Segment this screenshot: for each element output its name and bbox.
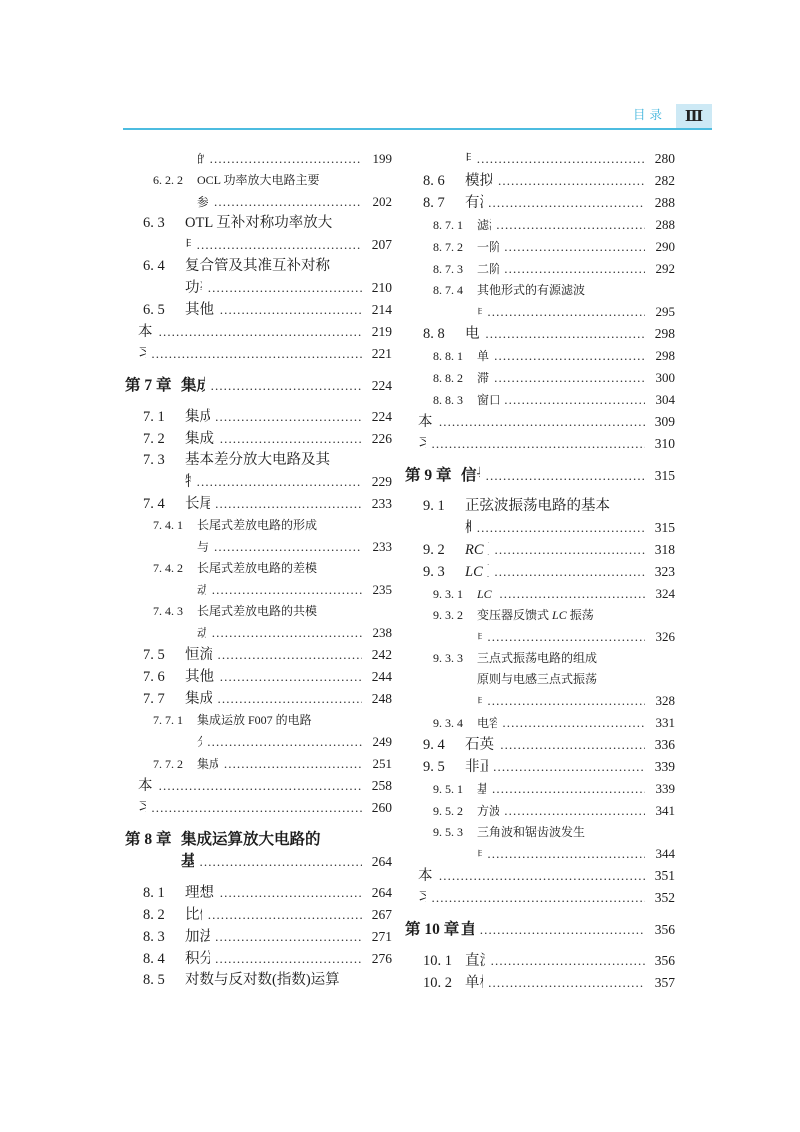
toc-entry-line: 电路……………………………………………………………………………………………………… [405, 301, 675, 323]
entry-page-number: 219 [362, 321, 392, 342]
toc-entry: 6. 4复合管及其准互补对称功率放大电路……………………………………………………… [125, 256, 392, 299]
toc-header: 目录 Ⅲ [123, 104, 712, 130]
toc-entry: 9. 3. 3三点式振荡电路的组成原则与电感三点式振荡电路……………………………… [405, 648, 675, 712]
toc-entry: 7. 4. 1长尾式差放电路的形成与静态分析………………………………………………… [125, 515, 392, 558]
toc-entry: 第 7 章集成运算放大电路………………………………………………………………………… [125, 375, 392, 397]
entry-title: 单限比较器 [477, 346, 489, 367]
dot-leader: …………………………………………………………………………………………………………… [479, 919, 645, 941]
entry-title: RC 正弦波振荡电路 [465, 540, 489, 561]
entry-page-number: 242 [362, 644, 392, 665]
toc-entry: 7. 6其他类型的差分放大电路…………………………………………………………………… [125, 666, 392, 688]
toc-entry-line: 第 7 章集成运算放大电路………………………………………………………………………… [125, 375, 392, 397]
entry-page-number: 235 [362, 579, 392, 600]
entry-page-number: 336 [645, 734, 675, 755]
toc-entry-line: 9. 3. 2变压器反馈式 LC 振荡 [405, 605, 675, 626]
entry-number: 9. 2 [423, 540, 465, 561]
entry-number: 6. 3 [143, 213, 185, 234]
entry-title: 电路 [477, 302, 482, 323]
entry-title: 集成电路中的电流源电路 [185, 429, 214, 450]
entry-number: 第 10 章 [405, 919, 461, 941]
entry-number: 6. 5 [143, 300, 185, 321]
dot-leader: …………………………………………………………………………………………………………… [438, 865, 645, 886]
toc-entry-line: 8. 8. 1单限比较器…………………………………………………………………………… [405, 345, 675, 367]
toc-entry: 电路……………………………………………………………………………………………………… [405, 148, 675, 170]
entry-title: 长尾式差放电路的差模 [197, 558, 317, 579]
toc-entry-line: 原则与电感三点式振荡 [405, 669, 675, 690]
entry-number: 9. 5. 3 [433, 822, 477, 843]
toc-entry-line: 9. 1正弦波振荡电路的基本 [405, 496, 675, 517]
entry-title: 长尾式差分放大电路 [185, 494, 210, 515]
toc-entry: 7. 3基本差分放大电路及其特性………………………………………………………………… [125, 450, 392, 493]
entry-page-number: 304 [645, 389, 675, 410]
toc-entry-line: 8. 5对数与反对数(指数)运算 [125, 970, 392, 991]
entry-title: 本章小结 [138, 322, 153, 343]
entry-number: 9. 4 [423, 735, 465, 756]
entry-title: 电路 [465, 149, 471, 170]
toc-entry-line: 9. 5. 3三角波和锯齿波发生 [405, 822, 675, 843]
entry-number: 9. 3. 4 [433, 713, 477, 734]
entry-number: 8. 6 [423, 171, 465, 192]
entry-number: 7. 5 [143, 645, 185, 666]
toc-entry: 7. 7. 2集成运放的特性与选用……………………………………………………………… [125, 753, 392, 775]
entry-title: 本章小结 [418, 412, 433, 433]
entry-title: 电压比较器 [465, 324, 480, 345]
entry-page-number: 352 [645, 887, 675, 908]
entry-number: 8. 8 [423, 324, 465, 345]
entry-page-number: 238 [362, 622, 392, 643]
toc-entry: 9. 3. 4电容三点式振荡电路………………………………………………………………… [405, 712, 675, 734]
entry-page-number: 224 [362, 375, 392, 397]
entry-number: 8. 3 [143, 927, 185, 948]
toc-entry: 7. 4. 2长尾式差放电路的差模动态分析…………………………………………………… [125, 558, 392, 601]
dot-leader: …………………………………………………………………………………………………………… [196, 471, 362, 492]
toc-entry-line: 10. 1直流电源的组成…………………………………………………………………………… [405, 950, 675, 972]
entry-page-number: 290 [645, 236, 675, 257]
toc-entry-line: 6. 5其他类型的功率放大电路…………………………………………………………………… [125, 299, 392, 321]
entry-title: 其他形式的有源滤波 [477, 280, 585, 301]
entry-page-number: 356 [645, 919, 675, 941]
toc-entry: 6. 5其他类型的功率放大电路…………………………………………………………………… [125, 299, 392, 321]
entry-number: 7. 3 [143, 450, 185, 471]
entry-page-number: 224 [362, 406, 392, 427]
entry-number: 第 8 章 [125, 829, 181, 851]
dot-leader: …………………………………………………………………………………………………………… [219, 428, 362, 449]
toc-entry-line: 第 9 章信号发生电路……………………………………………………………………………… [405, 465, 675, 487]
entry-title: 信号发生电路 [461, 465, 480, 487]
entry-title: 一阶低通有源滤波电路 [477, 237, 499, 258]
dot-leader: …………………………………………………………………………………………………………… [213, 536, 362, 557]
dot-leader: …………………………………………………………………………………………………………… [217, 688, 362, 709]
toc-entry-line: 7. 7集成运算放大电路简介……………………………………………………………………… [125, 688, 392, 710]
dot-leader: …………………………………………………………………………………………………………… [493, 756, 645, 777]
dot-leader: …………………………………………………………………………………………………………… [196, 234, 362, 255]
toc-entry-line: 9. 3LC 正弦波振荡电路……………………………………………………………………… [405, 561, 675, 583]
dot-leader: …………………………………………………………………………………………………………… [491, 778, 645, 799]
toc-entry: 7. 5恒流源式差分放大电路……………………………………………………………………… [125, 644, 392, 666]
dot-leader: …………………………………………………………………………………………………………… [211, 579, 362, 600]
toc-entry: 8. 7. 4其他形式的有源滤波电路…………………………………………………………… [405, 280, 675, 323]
entry-page-number: 221 [362, 343, 392, 364]
entry-number: 9. 5. 2 [433, 801, 477, 822]
dot-leader: …………………………………………………………………………………………………………… [431, 887, 645, 908]
entry-page-number: 326 [645, 626, 675, 647]
toc-entry-line: 功率放大电路…………………………………………………………………………………………… [125, 277, 392, 299]
entry-number: 7. 7. 1 [153, 710, 197, 731]
dot-leader: …………………………………………………………………………………………………………… [219, 882, 362, 903]
toc-entry-line: 9. 3. 4电容三点式振荡电路………………………………………………………………… [405, 712, 675, 734]
toc-entry-line: 6. 2. 2OCL 功率放大电路主要 [125, 170, 392, 191]
entry-page-number: 233 [362, 536, 392, 557]
entry-number: 9. 3. 2 [433, 605, 477, 626]
entry-title: 石英晶体正弦波振荡电路 [465, 735, 495, 756]
toc-header-label: 目录 [633, 105, 666, 123]
entry-title: 电路 [477, 691, 482, 712]
entry-page-number: 324 [645, 583, 675, 604]
toc-entry: 本章小结………………………………………………………………………………………………… [405, 865, 675, 887]
toc-entry-line: 动态分析………………………………………………………………………………………………… [125, 579, 392, 601]
toc-entry-line: 电路……………………………………………………………………………………………………… [405, 690, 675, 712]
entry-title: 正弦波振荡电路的基本 [465, 496, 610, 517]
entry-page-number: 251 [362, 753, 392, 774]
toc-entry: 8. 6模拟乘法电路及其应用……………………………………………………………………… [405, 170, 675, 192]
entry-number: 9. 1 [423, 496, 465, 517]
entry-page-number: 298 [645, 345, 675, 366]
toc-entry: 9. 5. 2方波和矩形波发生电路……………………………………………………………… [405, 800, 675, 822]
entry-title: 模拟乘法电路及其应用 [465, 171, 492, 192]
toc-entry-line: 7. 7. 1集成运放 F007 的电路 [125, 710, 392, 731]
entry-title: 滞回比较器 [477, 368, 489, 389]
entry-page-number: 258 [362, 775, 392, 796]
entry-number: 7. 4. 1 [153, 515, 197, 536]
toc-entry-line: 8. 2比例运算电路………………………………………………………………………………… [125, 904, 392, 926]
entry-title: 非正弦波发生电路 [465, 757, 488, 778]
toc-entry-line: 8. 1理想集成运放的分析方法…………………………………………………………………… [125, 882, 392, 904]
toc-entry: 8. 8. 1单限比较器…………………………………………………………………………… [405, 345, 675, 367]
entry-title: LC 正弦波振荡电路 [465, 562, 489, 583]
dot-leader: …………………………………………………………………………………………………………… [497, 170, 645, 191]
toc-entry: 8. 3加法与减法运算电路………………………………………………………………………… [125, 926, 392, 948]
book-page: 目录 Ⅲ 的形成……………………………………………………………………………………… [0, 0, 800, 1132]
toc-entry: 8. 7. 1滤波电路概述………………………………………………………………………… [405, 214, 675, 236]
toc-entry-line: 本章小结………………………………………………………………………………………………… [405, 411, 675, 433]
entry-page-number: 233 [362, 493, 392, 514]
entry-number: 6. 4 [143, 256, 185, 277]
toc-entry-line: 9. 3. 3三点式振荡电路的组成 [405, 648, 675, 669]
toc-entry: 8. 4积分与微分运算电路………………………………………………………………………… [125, 948, 392, 970]
dot-leader: …………………………………………………………………………………………………………… [485, 323, 645, 344]
entry-page-number: 282 [645, 170, 675, 191]
entry-page-number: 351 [645, 865, 675, 886]
entry-title: 电容三点式振荡电路 [477, 713, 497, 734]
entry-page-number: 207 [362, 234, 392, 255]
toc-entry: 9. 3. 1LC 并联谐振回路………………………………………………………………… [405, 583, 675, 605]
toc-entry: 7. 1集成运放的电路特点………………………………………………………………………… [125, 406, 392, 428]
entry-title: 单相整流电路 [465, 973, 483, 994]
toc-entry: 8. 8. 2滞回比较器…………………………………………………………………………… [405, 367, 675, 389]
toc-entry-line: 习题……………………………………………………………………………………………………… [405, 887, 675, 909]
entry-title: 长尾式差放电路的共模 [197, 601, 317, 622]
entry-number: 9. 5. 1 [433, 779, 477, 800]
dot-leader: …………………………………………………………………………………………………………… [485, 465, 645, 487]
toc-entry: 第 8 章集成运算放大电路的基本应用…………………………………………………………… [125, 829, 392, 873]
entry-number: 第 9 章 [405, 465, 461, 487]
entry-number: 7. 2 [143, 429, 185, 450]
entry-page-number: 310 [645, 433, 675, 454]
entry-title: 动态分析 [197, 580, 206, 601]
toc-entry-line: 7. 6其他类型的差分放大电路…………………………………………………………………… [125, 666, 392, 688]
entry-page-number: 280 [645, 148, 675, 169]
dot-leader: …………………………………………………………………………………………………………… [502, 712, 645, 733]
toc-entry-line: 8. 8电压比较器…………………………………………………………………………………… [405, 323, 675, 345]
toc-entry-line: 7. 5恒流源式差分放大电路……………………………………………………………………… [125, 644, 392, 666]
entry-title: 习题 [418, 888, 426, 909]
entry-number: 8. 8. 3 [433, 390, 477, 411]
entry-page-number: 357 [645, 972, 675, 993]
toc-entry: 8. 8电压比较器…………………………………………………………………………………… [405, 323, 675, 345]
toc-entry-line: 习题……………………………………………………………………………………………………… [125, 797, 392, 819]
dot-leader: …………………………………………………………………………………………………………… [207, 904, 362, 925]
dot-leader: …………………………………………………………………………………………………………… [476, 148, 645, 169]
entry-page-number: 248 [362, 688, 392, 709]
entry-title: 习题 [418, 434, 426, 455]
entry-page-number: 339 [645, 756, 675, 777]
toc-entry: 7. 4长尾式差分放大电路………………………………………………………………………… [125, 493, 392, 515]
toc-entry: 9. 4石英晶体正弦波振荡电路…………………………………………………………………… [405, 734, 675, 756]
entry-number: 8. 1 [143, 883, 185, 904]
dot-leader: …………………………………………………………………………………………………………… [223, 753, 362, 774]
entry-title: 加法与减法运算电路 [185, 927, 210, 948]
entry-page-number: 264 [362, 851, 392, 873]
dot-leader: …………………………………………………………………………………………………………… [217, 644, 362, 665]
entry-page-number: 288 [645, 192, 675, 213]
entry-title: 集成运算放大电路 [181, 375, 205, 397]
dot-leader: …………………………………………………………………………………………………………… [494, 367, 645, 388]
entry-title: OTL 互补对称功率放大 [185, 213, 332, 234]
entry-page-number: 323 [645, 561, 675, 582]
entry-title: 三角波和锯齿波发生 [477, 822, 585, 843]
entry-title: 习题 [138, 344, 146, 365]
toc-entry: 7. 7. 1集成运放 F007 的电路分析………………………………………………… [125, 710, 392, 753]
dot-leader: …………………………………………………………………………………………………………… [215, 406, 362, 427]
entry-title: LC 并联谐振回路 [477, 584, 494, 605]
toc-entry: 本章小结………………………………………………………………………………………………… [125, 321, 392, 343]
toc-entry-line: 本章小结………………………………………………………………………………………………… [125, 775, 392, 797]
toc-entry: 习题……………………………………………………………………………………………………… [405, 887, 675, 909]
toc-entry-line: 6. 4复合管及其准互补对称 [125, 256, 392, 277]
toc-entry-line: 电路……………………………………………………………………………………………………… [405, 148, 675, 170]
toc-entry: 6. 2. 2OCL 功率放大电路主要参数的估算…………………………………………… [125, 170, 392, 213]
toc-entry-line: 9. 5. 1基本概念……………………………………………………………………………… [405, 778, 675, 800]
entry-page-number: 276 [362, 948, 392, 969]
entry-title: 变压器反馈式 LC 振荡 [477, 605, 594, 626]
toc-entry-line: 7. 2集成电路中的电流源电路…………………………………………………………………… [125, 428, 392, 450]
entry-title: 基本差分放大电路及其 [185, 450, 330, 471]
toc-entry: 8. 7有源滤波电路………………………………………………………………………………… [405, 192, 675, 214]
entry-number: 8. 7. 3 [433, 259, 477, 280]
dot-leader: …………………………………………………………………………………………………………… [199, 851, 362, 873]
entry-title: 集成运算放大电路简介 [185, 689, 212, 710]
dot-leader: …………………………………………………………………………………………………………… [211, 622, 362, 643]
entry-title: 集成运放的电路特点 [185, 407, 210, 428]
entry-number: 第 7 章 [125, 375, 181, 397]
entry-number: 7. 7. 2 [153, 754, 197, 775]
entry-title: 对数与反对数(指数)运算 [185, 970, 340, 991]
entry-page-number: 318 [645, 539, 675, 560]
entry-number: 8. 7 [423, 193, 465, 214]
entry-page-number: 199 [362, 148, 392, 169]
entry-title: 理想集成运放的分析方法 [185, 883, 214, 904]
entry-title: 功率放大电路 [185, 278, 202, 299]
entry-page-number: 226 [362, 428, 392, 449]
toc-entry: 8. 1理想集成运放的分析方法…………………………………………………………………… [125, 882, 392, 904]
entry-title: 基本应用 [181, 851, 194, 873]
toc-entry-line: 8. 7有源滤波电路………………………………………………………………………………… [405, 192, 675, 214]
entry-number: 7. 4. 2 [153, 558, 197, 579]
toc-entry-line: 8. 8. 2滞回比较器…………………………………………………………………………… [405, 367, 675, 389]
toc-columns: 的形成…………………………………………………………………………………………………… [125, 148, 675, 994]
dot-leader: …………………………………………………………………………………………………………… [213, 191, 362, 212]
toc-entry-line: 特性……………………………………………………………………………………………………… [125, 471, 392, 493]
dot-leader: …………………………………………………………………………………………………………… [504, 258, 645, 279]
entry-title: 二阶低通有源滤波电路 [477, 259, 499, 280]
entry-title: 三点式振荡电路的组成 [477, 648, 597, 669]
entry-number: 8. 4 [143, 949, 185, 970]
toc-entry-line: 习题……………………………………………………………………………………………………… [125, 343, 392, 365]
toc-entry-line: 9. 5非正弦波发生电路…………………………………………………………………………… [405, 756, 675, 778]
entry-title: 原则与电感三点式振荡 [477, 669, 597, 690]
toc-entry-line: 6. 3OTL 互补对称功率放大 [125, 213, 392, 234]
toc-entry-line: 本章小结………………………………………………………………………………………………… [125, 321, 392, 343]
toc-entry: 习题……………………………………………………………………………………………………… [405, 433, 675, 455]
entry-number: 9. 3 [423, 562, 465, 583]
toc-entry-line: 7. 4. 3长尾式差放电路的共模 [125, 601, 392, 622]
dot-leader: …………………………………………………………………………………………………………… [504, 389, 645, 410]
entry-number: 7. 1 [143, 407, 185, 428]
toc-entry-line: 动态分析………………………………………………………………………………………………… [125, 622, 392, 644]
dot-leader: …………………………………………………………………………………………………………… [158, 775, 362, 796]
toc-entry: 的形成…………………………………………………………………………………………………… [125, 148, 392, 170]
entry-number: 7. 7 [143, 689, 185, 710]
entry-page-number: 249 [362, 731, 392, 752]
entry-number: 9. 5 [423, 757, 465, 778]
entry-page-number: 328 [645, 690, 675, 711]
toc-entry: 8. 7. 2一阶低通有源滤波电路……………………………………………………………… [405, 236, 675, 258]
entry-page-number: 341 [645, 800, 675, 821]
toc-entry: 第 9 章信号发生电路……………………………………………………………………………… [405, 465, 675, 487]
toc-entry-line: 第 10 章直流电源………………………………………………………………………………… [405, 919, 675, 941]
dot-leader: …………………………………………………………………………………………………………… [219, 299, 362, 320]
toc-entry-line: 7. 4. 1长尾式差放电路的形成 [125, 515, 392, 536]
entry-number: 7. 4 [143, 494, 185, 515]
toc-entry-line: 9. 2RC 正弦波振荡电路……………………………………………………………………… [405, 539, 675, 561]
entry-number: 8. 8. 1 [433, 346, 477, 367]
entry-title: 基本概念 [477, 779, 486, 800]
entry-page-number: 309 [645, 411, 675, 432]
toc-entry-line: 8. 7. 2一阶低通有源滤波电路……………………………………………………………… [405, 236, 675, 258]
toc-entry: 7. 4. 3长尾式差放电路的共模动态分析…………………………………………………… [125, 601, 392, 644]
toc-entry: 9. 1正弦波振荡电路的基本概念………………………………………………………………… [405, 496, 675, 539]
entry-number: 8. 7. 4 [433, 280, 477, 301]
toc-entry: 8. 8. 3窗口与集成电压比较器……………………………………………………………… [405, 389, 675, 411]
entry-page-number: 267 [362, 904, 392, 925]
toc-entry: 9. 2RC 正弦波振荡电路……………………………………………………………………… [405, 539, 675, 561]
entry-title: 集成运放 F007 的电路 [197, 710, 312, 731]
entry-page-number: 214 [362, 299, 392, 320]
dot-leader: …………………………………………………………………………………………………………… [151, 343, 362, 364]
entry-title: 概念 [465, 518, 471, 539]
toc-entry: 本章小结………………………………………………………………………………………………… [405, 411, 675, 433]
entry-title: 比例运算电路 [185, 905, 202, 926]
entry-title: 直流电源的组成 [465, 951, 485, 972]
toc-column-left: 的形成…………………………………………………………………………………………………… [125, 148, 392, 994]
toc-entry-line: 8. 7. 3二阶低通有源滤波电路……………………………………………………………… [405, 258, 675, 280]
dot-leader: …………………………………………………………………………………………………………… [210, 375, 362, 397]
toc-entry-line: 基本应用………………………………………………………………………………………………… [125, 851, 392, 873]
dot-leader: …………………………………………………………………………………………………………… [158, 321, 362, 342]
entry-page-number: 229 [362, 471, 392, 492]
entry-title: 积分与微分运算电路 [185, 949, 210, 970]
entry-title: 其他类型的功率放大电路 [185, 300, 214, 321]
toc-entry: 6. 3OTL 互补对称功率放大电路…………………………………………………………… [125, 213, 392, 256]
entry-title: 集成运放的特性与选用 [197, 754, 218, 775]
toc-entry-line: 7. 1集成运放的电路特点………………………………………………………………………… [125, 406, 392, 428]
toc-entry-line: 习题……………………………………………………………………………………………………… [405, 433, 675, 455]
entry-title: 长尾式差放电路的形成 [197, 515, 317, 536]
toc-entry: 9. 3. 2变压器反馈式 LC 振荡电路…………………………………………………… [405, 605, 675, 648]
entry-number: 10. 1 [423, 951, 465, 972]
entry-title: OCL 功率放大电路主要 [197, 170, 320, 191]
toc-entry: 习题……………………………………………………………………………………………………… [125, 343, 392, 365]
entry-page-number: 344 [645, 843, 675, 864]
dot-leader: …………………………………………………………………………………………………………… [499, 583, 645, 604]
toc-entry-line: 8. 7. 1滤波电路概述………………………………………………………………………… [405, 214, 675, 236]
toc-entry: 第 10 章直流电源………………………………………………………………………………… [405, 919, 675, 941]
entry-title: 电路 [185, 235, 191, 256]
dot-leader: …………………………………………………………………………………………………………… [487, 690, 645, 711]
entry-title: 直流电源 [461, 919, 474, 941]
entry-title: 电路 [477, 627, 482, 648]
entry-number: 9. 3. 1 [433, 584, 477, 605]
toc-entry-line: 9. 3. 1LC 并联谐振回路………………………………………………………………… [405, 583, 675, 605]
toc-entry: 7. 2集成电路中的电流源电路…………………………………………………………………… [125, 428, 392, 450]
entry-title: 其他类型的差分放大电路 [185, 667, 214, 688]
entry-number: 8. 7. 1 [433, 215, 477, 236]
toc-entry-line: 10. 2单相整流电路……………………………………………………………………………… [405, 972, 675, 994]
entry-title: 本章小结 [418, 866, 433, 887]
entry-title: 集成运算放大电路的 [181, 829, 321, 851]
toc-entry-line: 第 8 章集成运算放大电路的 [125, 829, 392, 851]
entry-page-number: 300 [645, 367, 675, 388]
dot-leader: …………………………………………………………………………………………………………… [209, 148, 362, 169]
entry-page-number: 288 [645, 214, 675, 235]
entry-number: 8. 2 [143, 905, 185, 926]
entry-page-number: 292 [645, 258, 675, 279]
entry-title: 恒流源式差分放大电路 [185, 645, 212, 666]
entry-title: 复合管及其准互补对称 [185, 256, 330, 277]
toc-entry-line: 电路……………………………………………………………………………………………………… [405, 843, 675, 865]
dot-leader: …………………………………………………………………………………………………………… [494, 345, 645, 366]
toc-entry-line: 8. 8. 3窗口与集成电压比较器……………………………………………………………… [405, 389, 675, 411]
dot-leader: …………………………………………………………………………………………………………… [215, 493, 362, 514]
toc-entry: 9. 5非正弦波发生电路…………………………………………………………………………… [405, 756, 675, 778]
entry-page-number: 315 [645, 517, 675, 538]
entry-title: 窗口与集成电压比较器 [477, 390, 499, 411]
toc-entry: 本章小结………………………………………………………………………………………………… [125, 775, 392, 797]
entry-number: 8. 7. 2 [433, 237, 477, 258]
toc-column-right: 电路……………………………………………………………………………………………………… [405, 148, 675, 994]
toc-entry-line: 9. 5. 2方波和矩形波发生电路……………………………………………………………… [405, 800, 675, 822]
toc-entry: 8. 7. 3二阶低通有源滤波电路……………………………………………………………… [405, 258, 675, 280]
